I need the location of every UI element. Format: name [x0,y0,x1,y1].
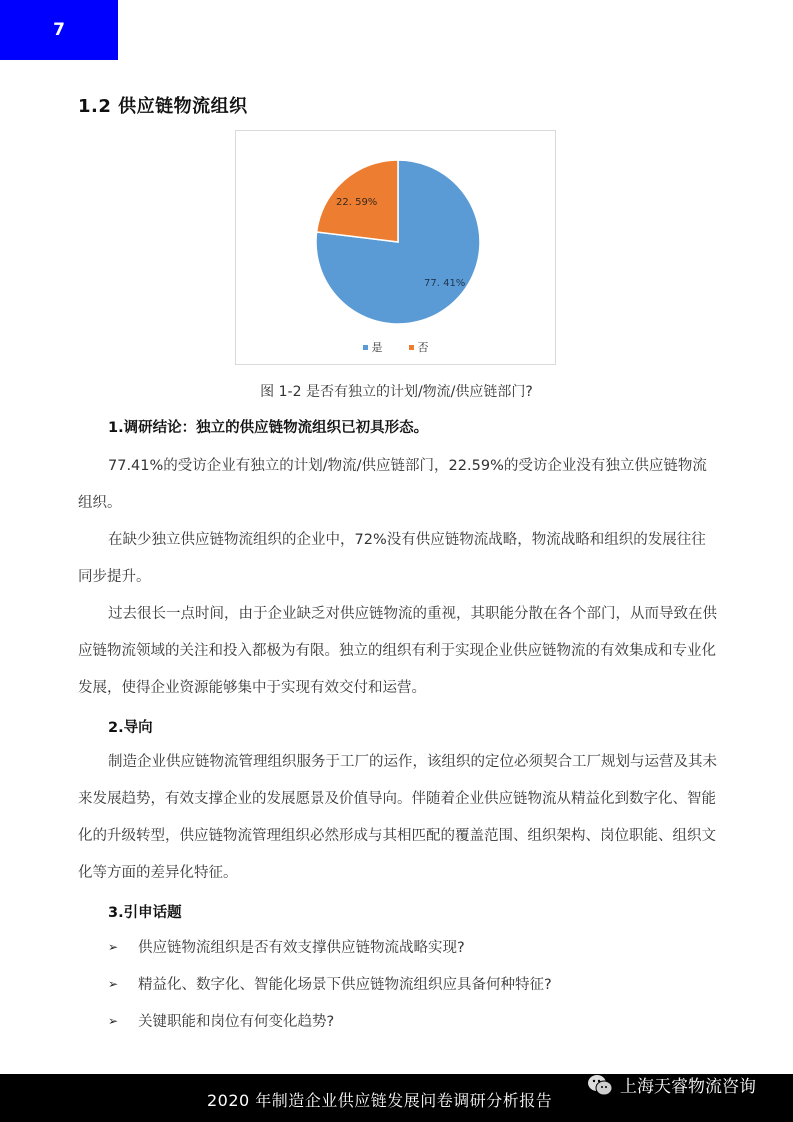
figure-caption: 图 1-2 是否有独立的计划/物流/供应链部门? [0,381,793,401]
list-item-text: 关键职能和岗位有何变化趋势? [138,1010,334,1031]
list-item: ➢ 精益化、数字化、智能化场景下供应链物流组织应具备何种特征? [108,965,728,1002]
arrow-bullet-icon: ➢ [108,940,138,954]
heading-survey-conclusion: 1.调研结论：独立的供应链物流组织已初具形态。 [108,416,428,437]
legend-item-yes: 是 [363,339,383,355]
arrow-bullet-icon: ➢ [108,977,138,991]
section-title: 1.2 供应链物流组织 [78,92,248,118]
list-item: ➢ 关键职能和岗位有何变化趋势? [108,1002,728,1039]
conclusion-body: 77.41%的受访企业有独立的计划/物流/供应链部门，22.59%的受访企业没有… [78,448,718,707]
pie-label-no: 22. 59% [336,197,377,208]
wechat-watermark: 上海天睿物流咨询 [586,1072,756,1097]
page-number: 7 [53,20,65,40]
topic-list: ➢ 供应链物流组织是否有效支撑供应链物流战略实现? ➢ 精益化、数字化、智能化场… [108,928,728,1039]
heading-extended-topics: 3.引申话题 [108,901,182,922]
paragraph: 在缺少独立供应链物流组织的企业中，72%没有供应链物流战略，物流战略和组织的发展… [78,522,718,596]
chart-legend: 是 否 [236,339,555,355]
list-item-text: 供应链物流组织是否有效支撑供应链物流战略实现? [138,936,465,957]
legend-swatch-yes [363,345,368,350]
orientation-body: 制造企业供应链物流管理组织服务于工厂的运作，该组织的定位必须契合工厂规划与运营及… [78,744,718,892]
legend-item-no: 否 [409,339,429,355]
pie-label-yes: 77. 41% [424,278,465,289]
report-title: 2020 年制造企业供应链发展问卷调研分析报告 [207,1088,552,1111]
brand-name: 上海天睿物流咨询 [620,1072,756,1097]
page-number-badge: 7 [0,0,118,60]
legend-swatch-no [409,345,414,350]
list-item: ➢ 供应链物流组织是否有效支撑供应链物流战略实现? [108,928,728,965]
list-item-text: 精益化、数字化、智能化场景下供应链物流组织应具备何种特征? [138,973,552,994]
pie-chart-graphic: 22. 59% 77. 41% [236,131,557,366]
legend-label-no: 否 [418,339,429,355]
wechat-icon [586,1073,614,1097]
legend-label-yes: 是 [372,339,383,355]
paragraph: 过去很长一点时间，由于企业缺乏对供应链物流的重视，其职能分散在各个部门，从而导致… [78,596,718,707]
pie-chart: 22. 59% 77. 41% 是 否 [235,130,556,365]
paragraph: 77.41%的受访企业有独立的计划/物流/供应链部门，22.59%的受访企业没有… [78,448,718,522]
heading-orientation: 2.导向 [108,716,153,737]
arrow-bullet-icon: ➢ [108,1014,138,1028]
paragraph: 制造企业供应链物流管理组织服务于工厂的运作，该组织的定位必须契合工厂规划与运营及… [78,744,718,892]
